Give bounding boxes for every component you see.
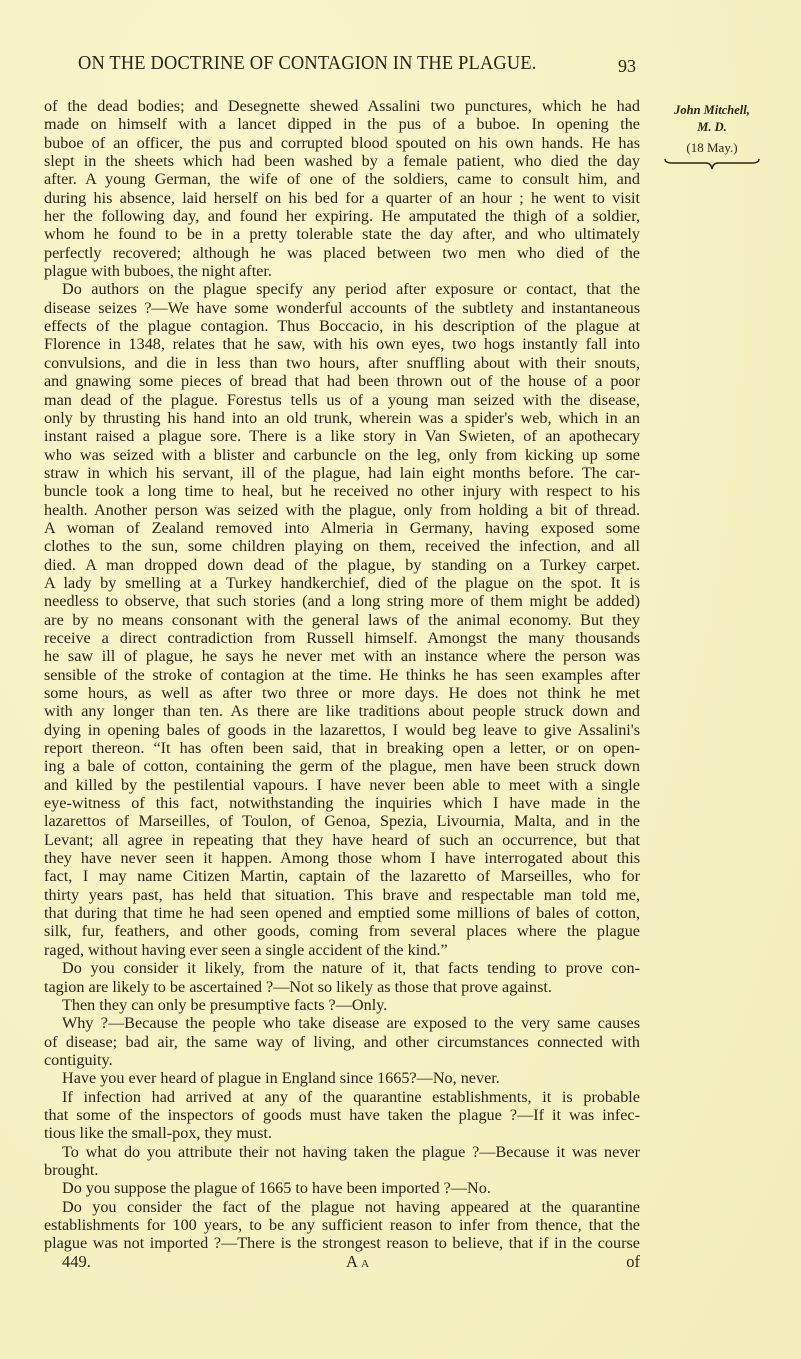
text-line: needless to observe, that such stories (…	[44, 592, 640, 610]
page-number: 93	[618, 56, 636, 77]
witness-name: John Mitchell,	[652, 102, 772, 119]
text-line: Do you consider it likely, from the natu…	[44, 959, 640, 977]
curly-brace-icon	[664, 158, 760, 170]
text-line: Florence in 1348, relates that he saw, w…	[44, 335, 640, 353]
text-line: establishments for 100 years, to be any …	[44, 1216, 640, 1234]
page-footer: 449. A A of	[44, 1252, 640, 1272]
text-line: Then they can only be presumptive facts …	[44, 996, 640, 1014]
text-line: Do you consider the fact of the plague n…	[44, 1198, 640, 1216]
text-line: and killed by the pestilential vapours. …	[44, 776, 640, 794]
text-line: Do authors on the plague specify any per…	[44, 280, 640, 298]
text-line: buncle took a long time to heal, but he …	[44, 482, 640, 500]
text-line: he saw ill of plague, he says he never m…	[44, 647, 640, 665]
text-line: A woman of Zealand removed into Almeria …	[44, 519, 640, 537]
text-line: died. A man dropped down dead of the pla…	[44, 556, 640, 574]
text-line: tious like the small-pox, they must.	[44, 1124, 640, 1142]
catchword: of	[626, 1252, 640, 1272]
testimony-date: (18 May.)	[652, 139, 772, 156]
text-line: are by no means consonant with the gener…	[44, 611, 640, 629]
text-line: disease seizes ?—We have some wonderful …	[44, 299, 640, 317]
text-line: of disease; bad air, the same way of liv…	[44, 1033, 640, 1051]
text-line: eye-witness of this fact, notwithstandin…	[44, 794, 640, 812]
witness-degree: M. D.	[652, 119, 772, 136]
text-line: with any longer than ten. As there are l…	[44, 702, 640, 720]
text-line: Levant; all agree in repeating that they…	[44, 831, 640, 849]
text-line: effects of the plague contagion. Thus Bo…	[44, 317, 640, 335]
text-line: that some of the inspectors of goods mus…	[44, 1106, 640, 1124]
book-page: ON THE DOCTRINE OF CONTAGION IN THE PLAG…	[0, 0, 801, 1359]
text-line: plague with buboes, the night after.	[44, 262, 640, 280]
text-line: they have never seen it happen. Among th…	[44, 849, 640, 867]
text-line: that during that time he had seen opened…	[44, 904, 640, 922]
text-line: A lady by smelling at a Turkey handkerch…	[44, 574, 640, 592]
text-line: and gnawing some pieces of bread that ha…	[44, 372, 640, 390]
text-line: whom he found to be in a pretty tolerabl…	[44, 225, 640, 243]
text-line: slept in the sheets which had been washe…	[44, 152, 640, 170]
text-line: raged, without having ever seen a single…	[44, 941, 640, 959]
text-line: sensible of the stroke of contagion at t…	[44, 666, 640, 684]
text-line: during his absence, laid herself on his …	[44, 189, 640, 207]
text-line: of the dead bodies; and Desegnette shewe…	[44, 97, 640, 115]
text-line: man dead of the plague. Forestus tells u…	[44, 391, 640, 409]
signature-number: 449.	[62, 1252, 91, 1272]
text-line: only by thrusting his hand into an old t…	[44, 409, 640, 427]
text-line: lazarettos of Marseilles, of Toulon, of …	[44, 812, 640, 830]
body-text: of the dead bodies; and Desegnette shewe…	[44, 97, 640, 1253]
text-line: dying in opening bales of goods in the l…	[44, 721, 640, 739]
signature-letter: A	[346, 1252, 357, 1271]
text-line: some hours, as well as after two three o…	[44, 684, 640, 702]
running-title: ON THE DOCTRINE OF CONTAGION IN THE PLAG…	[78, 52, 593, 75]
text-line: Why ?—Because the people who take diseas…	[44, 1014, 640, 1032]
text-line: contiguity.	[44, 1051, 640, 1069]
text-line: To what do you attribute their not havin…	[44, 1143, 640, 1161]
text-line: ing a bale of cotton, containing the ger…	[44, 757, 640, 775]
text-line: health. Another person was seized with t…	[44, 501, 640, 519]
witness-sidenote: John Mitchell, M. D. (18 May.)	[652, 102, 772, 170]
text-line: instant raised a plague sore. There is a…	[44, 427, 640, 445]
text-line: after. A young German, the wife of one o…	[44, 170, 640, 188]
text-line: tagion are likely to be ascertained ?—No…	[44, 978, 640, 996]
text-line: thirty years past, has held that situati…	[44, 886, 640, 904]
signature-mark: A A	[346, 1252, 369, 1272]
text-line: made on himself with a lancet dipped in …	[44, 115, 640, 133]
text-line: report thereon. “It has often been said,…	[44, 739, 640, 757]
text-line: If infection had arrived at any of the q…	[44, 1088, 640, 1106]
text-line: who was seized with a blister and carbun…	[44, 446, 640, 464]
text-line: perfectly recovered; although he was pla…	[44, 244, 640, 262]
text-line: convulsions, and die in less than two ho…	[44, 354, 640, 372]
text-line: plague was not imported ?—There is the s…	[44, 1234, 640, 1252]
text-line: Do you suppose the plague of 1665 to hav…	[44, 1179, 640, 1197]
text-line: straw in which his servant, ill of the p…	[44, 464, 640, 482]
text-line: her the following day, and found her exp…	[44, 207, 640, 225]
text-line: brought.	[44, 1161, 640, 1179]
text-line: Have you ever heard of plague in England…	[44, 1069, 640, 1087]
signature-letter-small: A	[361, 1258, 369, 1270]
text-line: receive a direct contradiction from Russ…	[44, 629, 640, 647]
text-line: fact, I may name Citizen Martin, captain…	[44, 867, 640, 885]
text-line: buboe of an officer, the pus and corrupt…	[44, 134, 640, 152]
text-line: silk, fur, feathers, and other goods, co…	[44, 922, 640, 940]
text-line: clothes to the sun, some children playin…	[44, 537, 640, 555]
